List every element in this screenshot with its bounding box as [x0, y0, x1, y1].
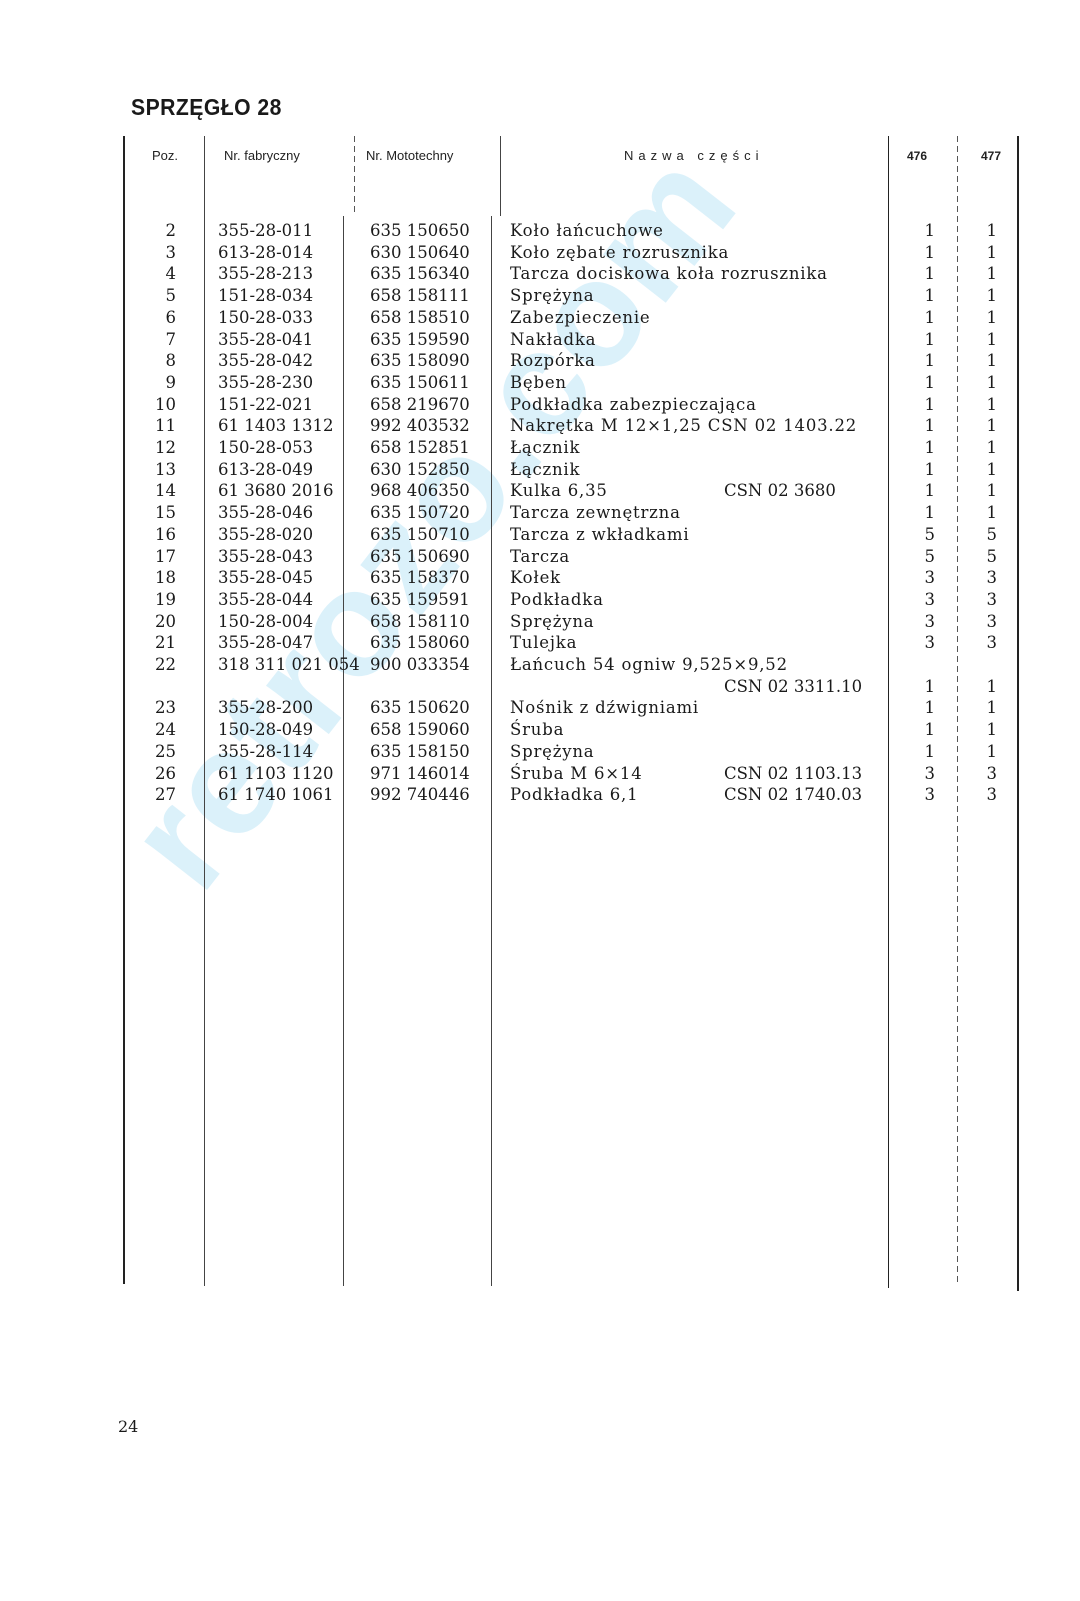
mototechna-number: 900 033354	[370, 654, 470, 676]
part-name: Nakładka	[510, 329, 596, 351]
header-nazwa-czesci: Nazwa części	[624, 148, 763, 163]
position: 15	[132, 502, 176, 524]
qty-477: 3	[975, 784, 997, 806]
table-row: 6150-28-033658 158510Zabezpieczenie11	[0, 307, 1080, 329]
column-divider	[500, 136, 501, 216]
qty-476: 3	[905, 784, 935, 806]
header-nr-mototechny: Nr. Mototechny	[366, 148, 453, 163]
table-row: 2355-28-011635 150650Koło łańcuchowe11	[0, 220, 1080, 242]
factory-number: 355-28-230	[218, 372, 313, 394]
mototechna-number: 635 150720	[370, 502, 470, 524]
qty-477: 1	[975, 285, 997, 307]
part-name: Podkładka zabezpieczająca	[510, 394, 757, 416]
qty-476: 1	[905, 285, 935, 307]
factory-number: 613-28-049	[218, 459, 313, 481]
factory-number: 150-28-033	[218, 307, 313, 329]
qty-476: 1	[905, 437, 935, 459]
table-row: 2761 1740 1061992 740446Podkładka 6,1CSN…	[0, 784, 1080, 806]
factory-number: 355-28-041	[218, 329, 313, 351]
qty-476: 1	[905, 676, 935, 698]
qty-477: 1	[975, 329, 997, 351]
qty-477: 1	[975, 697, 997, 719]
factory-number: 318 311 021 054	[218, 654, 360, 676]
mototechna-number: 630 152850	[370, 459, 470, 481]
position: 10	[132, 394, 176, 416]
qty-477: 1	[975, 437, 997, 459]
table-row: 23355-28-200635 150620Nośnik z dźwigniam…	[0, 697, 1080, 719]
factory-number: 61 1740 1061	[218, 784, 333, 806]
position: 24	[132, 719, 176, 741]
column-divider	[354, 136, 355, 216]
position: 5	[132, 285, 176, 307]
qty-477: 1	[975, 220, 997, 242]
table-row: 3613-28-014630 150640Koło zębate rozrusz…	[0, 242, 1080, 264]
qty-477: 1	[975, 502, 997, 524]
position: 7	[132, 329, 176, 351]
factory-number: 355-28-044	[218, 589, 313, 611]
table-row: 18355-28-045635 158370Kołek33	[0, 567, 1080, 589]
part-name: Łańcuch 54 ogniw 9,525×9,52	[510, 654, 788, 676]
qty-476: 1	[905, 459, 935, 481]
table-row: 10151-22-021658 219670Podkładka zabezpie…	[0, 394, 1080, 416]
position: 3	[132, 242, 176, 264]
norm-reference: CSN 02 3680	[724, 480, 836, 502]
table-row: 13613-28-049630 152850Łącznik11	[0, 459, 1080, 481]
factory-number: 151-28-034	[218, 285, 313, 307]
position: 11	[132, 415, 176, 437]
part-name: Bęben	[510, 372, 567, 394]
part-name: Tarcza zewnętrzna	[510, 502, 681, 524]
mototechna-number: 992 403532	[370, 415, 470, 437]
mototechna-number: 971 146014	[370, 763, 470, 785]
mototechna-number: 635 158060	[370, 632, 470, 654]
qty-477: 1	[975, 676, 997, 698]
table-row: 9355-28-230635 150611Bęben11	[0, 372, 1080, 394]
part-name: Zabezpieczenie	[510, 307, 651, 329]
table-row: CSN 02 3311.1011	[0, 676, 1080, 698]
norm-reference: CSN 02 1103.13	[724, 763, 862, 785]
qty-477: 3	[975, 567, 997, 589]
mototechna-number: 658 158111	[370, 285, 470, 307]
factory-number: 613-28-014	[218, 242, 313, 264]
mototechna-number: 658 159060	[370, 719, 470, 741]
factory-number: 61 1103 1120	[218, 763, 333, 785]
table-row: 15355-28-046635 150720Tarcza zewnętrzna1…	[0, 502, 1080, 524]
qty-477: 1	[975, 350, 997, 372]
factory-number: 355-28-043	[218, 546, 313, 568]
factory-number: 355-28-200	[218, 697, 313, 719]
mototechna-number: 968 406350	[370, 480, 470, 502]
position: 21	[132, 632, 176, 654]
qty-477: 1	[975, 480, 997, 502]
mototechna-number: 658 158510	[370, 307, 470, 329]
part-name: Łącznik	[510, 459, 580, 481]
qty-477: 1	[975, 263, 997, 285]
position: 14	[132, 480, 176, 502]
position: 20	[132, 611, 176, 633]
qty-476: 3	[905, 632, 935, 654]
position: 8	[132, 350, 176, 372]
factory-number: 355-28-046	[218, 502, 313, 524]
mototechna-number: 635 150690	[370, 546, 470, 568]
part-name: Sprężyna	[510, 741, 594, 763]
position: 26	[132, 763, 176, 785]
norm-reference: CSN 02 3311.10	[724, 676, 862, 698]
factory-number: 151-22-021	[218, 394, 313, 416]
qty-477: 1	[975, 415, 997, 437]
qty-476: 3	[905, 763, 935, 785]
mototechna-number: 635 150620	[370, 697, 470, 719]
part-name: Nośnik z dźwigniami	[510, 697, 699, 719]
part-name: Sprężyna	[510, 611, 594, 633]
mototechna-number: 635 150650	[370, 220, 470, 242]
table-row: 1461 3680 2016968 406350Kulka 6,35CSN 02…	[0, 480, 1080, 502]
header-nr-fabryczny: Nr. fabryczny	[224, 148, 300, 163]
part-name: Nakrętka M 12×1,25 CSN 02 1403.22	[510, 415, 857, 437]
factory-number: 355-28-047	[218, 632, 313, 654]
table-row: 20150-28-004658 158110Sprężyna33	[0, 611, 1080, 633]
part-name: Tulejka	[510, 632, 577, 654]
qty-476: 3	[905, 611, 935, 633]
position: 16	[132, 524, 176, 546]
qty-477: 1	[975, 459, 997, 481]
qty-477: 1	[975, 394, 997, 416]
qty-476: 1	[905, 242, 935, 264]
mototechna-number: 635 150710	[370, 524, 470, 546]
norm-reference: CSN 02 1740.03	[724, 784, 862, 806]
position: 4	[132, 263, 176, 285]
mototechna-number: 635 158090	[370, 350, 470, 372]
part-name: Sprężyna	[510, 285, 594, 307]
qty-476: 3	[905, 589, 935, 611]
header-model-476: 476	[907, 149, 927, 163]
table-row: 25355-28-114635 158150Sprężyna11	[0, 741, 1080, 763]
factory-number: 355-28-114	[218, 741, 313, 763]
table-row: 16355-28-020635 150710Tarcza z wkładkami…	[0, 524, 1080, 546]
factory-number: 61 3680 2016	[218, 480, 333, 502]
factory-number: 150-28-053	[218, 437, 313, 459]
qty-477: 1	[975, 719, 997, 741]
factory-number: 355-28-011	[218, 220, 313, 242]
qty-477: 1	[975, 372, 997, 394]
position: 2	[132, 220, 176, 242]
qty-476: 5	[905, 524, 935, 546]
part-name: Kulka 6,35	[510, 480, 608, 502]
position: 19	[132, 589, 176, 611]
mototechna-number: 635 150611	[370, 372, 470, 394]
part-name: Koło łańcuchowe	[510, 220, 664, 242]
qty-477: 3	[975, 632, 997, 654]
part-name: Tarcza	[510, 546, 570, 568]
part-name: Śruba M 6×14	[510, 763, 643, 785]
table-row: 12150-28-053658 152851Łącznik11	[0, 437, 1080, 459]
qty-476: 1	[905, 480, 935, 502]
qty-476: 1	[905, 394, 935, 416]
qty-476: 1	[905, 719, 935, 741]
factory-number: 355-28-020	[218, 524, 313, 546]
qty-476: 1	[905, 307, 935, 329]
position: 27	[132, 784, 176, 806]
factory-number: 355-28-042	[218, 350, 313, 372]
position: 9	[132, 372, 176, 394]
table-row: 7355-28-041635 159590Nakładka11	[0, 329, 1080, 351]
part-name: Kołek	[510, 567, 561, 589]
table-row: 22318 311 021 054900 033354Łańcuch 54 og…	[0, 654, 1080, 676]
qty-476: 1	[905, 329, 935, 351]
part-name: Łącznik	[510, 437, 580, 459]
table-row: 5151-28-034658 158111Sprężyna11	[0, 285, 1080, 307]
mototechna-number: 635 158370	[370, 567, 470, 589]
mototechna-number: 992 740446	[370, 784, 470, 806]
position: 23	[132, 697, 176, 719]
part-name: Rozpórka	[510, 350, 596, 372]
factory-number: 355-28-213	[218, 263, 313, 285]
page-title: SPRZĘGŁO 28	[131, 94, 282, 121]
factory-number: 61 1403 1312	[218, 415, 333, 437]
part-name: Śruba	[510, 719, 564, 741]
qty-476: 1	[905, 415, 935, 437]
table-row: 19355-28-044635 159591Podkładka33	[0, 589, 1080, 611]
qty-476: 3	[905, 567, 935, 589]
qty-476: 1	[905, 220, 935, 242]
mototechna-number: 635 159591	[370, 589, 470, 611]
factory-number: 150-28-049	[218, 719, 313, 741]
qty-476: 1	[905, 372, 935, 394]
mototechna-number: 658 152851	[370, 437, 470, 459]
qty-477: 3	[975, 611, 997, 633]
qty-477: 3	[975, 589, 997, 611]
table-row: 1161 1403 1312992 403532Nakrętka M 12×1,…	[0, 415, 1080, 437]
qty-477: 3	[975, 763, 997, 785]
table-row: 21355-28-047635 158060Tulejka33	[0, 632, 1080, 654]
table-row: 2661 1103 1120971 146014Śruba M 6×14CSN …	[0, 763, 1080, 785]
qty-477: 1	[975, 242, 997, 264]
position: 6	[132, 307, 176, 329]
mototechna-number: 635 158150	[370, 741, 470, 763]
table-row: 24150-28-049658 159060Śruba11	[0, 719, 1080, 741]
mototechna-number: 658 158110	[370, 611, 470, 633]
qty-476: 1	[905, 263, 935, 285]
position: 25	[132, 741, 176, 763]
qty-477: 1	[975, 307, 997, 329]
position: 13	[132, 459, 176, 481]
qty-477: 5	[975, 546, 997, 568]
qty-476: 1	[905, 697, 935, 719]
header-poz: Poz.	[152, 148, 178, 163]
qty-477: 5	[975, 524, 997, 546]
part-name: Podkładka	[510, 589, 604, 611]
mototechna-number: 658 219670	[370, 394, 470, 416]
factory-number: 355-28-045	[218, 567, 313, 589]
table-row: 4355-28-213635 156340Tarcza dociskowa ko…	[0, 263, 1080, 285]
mototechna-number: 630 150640	[370, 242, 470, 264]
part-name: Tarcza dociskowa koła rozrusznika	[510, 263, 828, 285]
page-number: 24	[118, 1417, 138, 1436]
qty-476: 1	[905, 350, 935, 372]
part-name: Podkładka 6,1	[510, 784, 638, 806]
qty-476: 1	[905, 502, 935, 524]
mototechna-number: 635 156340	[370, 263, 470, 285]
table-row: 17355-28-043635 150690Tarcza55	[0, 546, 1080, 568]
part-name: Koło zębate rozrusznika	[510, 242, 729, 264]
part-name: Tarcza z wkładkami	[510, 524, 689, 546]
position: 18	[132, 567, 176, 589]
qty-476: 1	[905, 741, 935, 763]
qty-476: 5	[905, 546, 935, 568]
position: 12	[132, 437, 176, 459]
header-model-477: 477	[981, 149, 1001, 163]
qty-477: 1	[975, 741, 997, 763]
factory-number: 150-28-004	[218, 611, 313, 633]
table-row: 8355-28-042635 158090Rozpórka11	[0, 350, 1080, 372]
position: 22	[132, 654, 176, 676]
mototechna-number: 635 159590	[370, 329, 470, 351]
position: 17	[132, 546, 176, 568]
